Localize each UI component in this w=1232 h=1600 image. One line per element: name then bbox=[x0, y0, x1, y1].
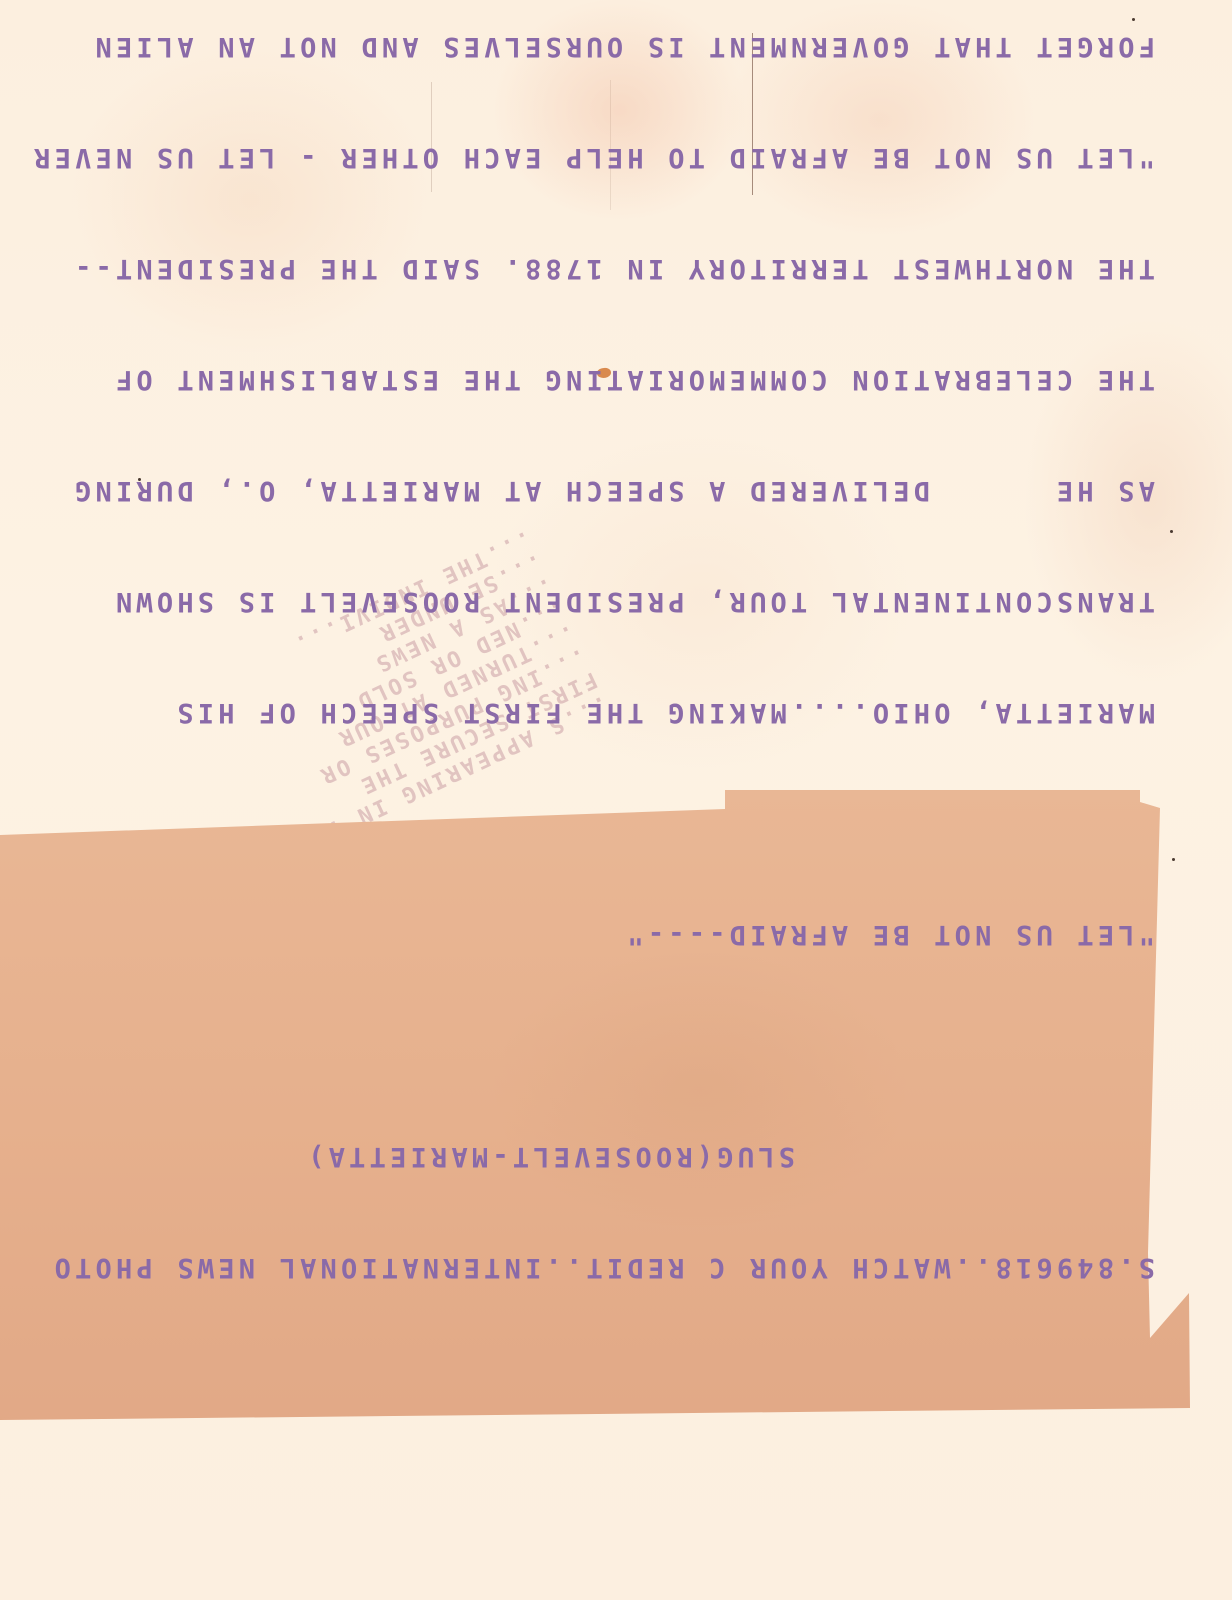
caption-slug-line: SLUG(ROOSEVELT-MARIETTA) bbox=[25, 1138, 1155, 1175]
caption-body-line: THE NORTHWEST TERRITORY IN 1788. SAID TH… bbox=[25, 250, 1155, 287]
caption-body-line: TRANSCONTINENTAL TOUR, PRESIDENT ROOSEVE… bbox=[25, 583, 1155, 620]
speck bbox=[1170, 530, 1173, 533]
caption-header-line: S.849618..WATCH YOUR C REDIT..INTERNATIO… bbox=[25, 1249, 1155, 1286]
speck bbox=[1172, 858, 1175, 861]
caption-body-line: "LET US NOT BE AFRAID TO HELP EACH OTHER… bbox=[25, 139, 1155, 176]
caption-text: S.849618..WATCH YOUR C REDIT..INTERNATIO… bbox=[25, 830, 1155, 1360]
caption-body-line: FORGET THAT GOVERNMENT IS OURSELVES AND … bbox=[25, 28, 1155, 65]
caption-body-line: THE CELEBRATION COMMEMORIATING THE ESTAB… bbox=[25, 361, 1155, 398]
caption-body-line: AS HE DELIVERED A SPEECH AT MARIETTA, O.… bbox=[25, 472, 1155, 509]
caption-body-line: MARIETTA, OHIO....MAKING THE FIRST SPEEC… bbox=[25, 694, 1155, 731]
caption-headline: "LET US NOT BE AFRAID----" bbox=[25, 916, 1155, 953]
